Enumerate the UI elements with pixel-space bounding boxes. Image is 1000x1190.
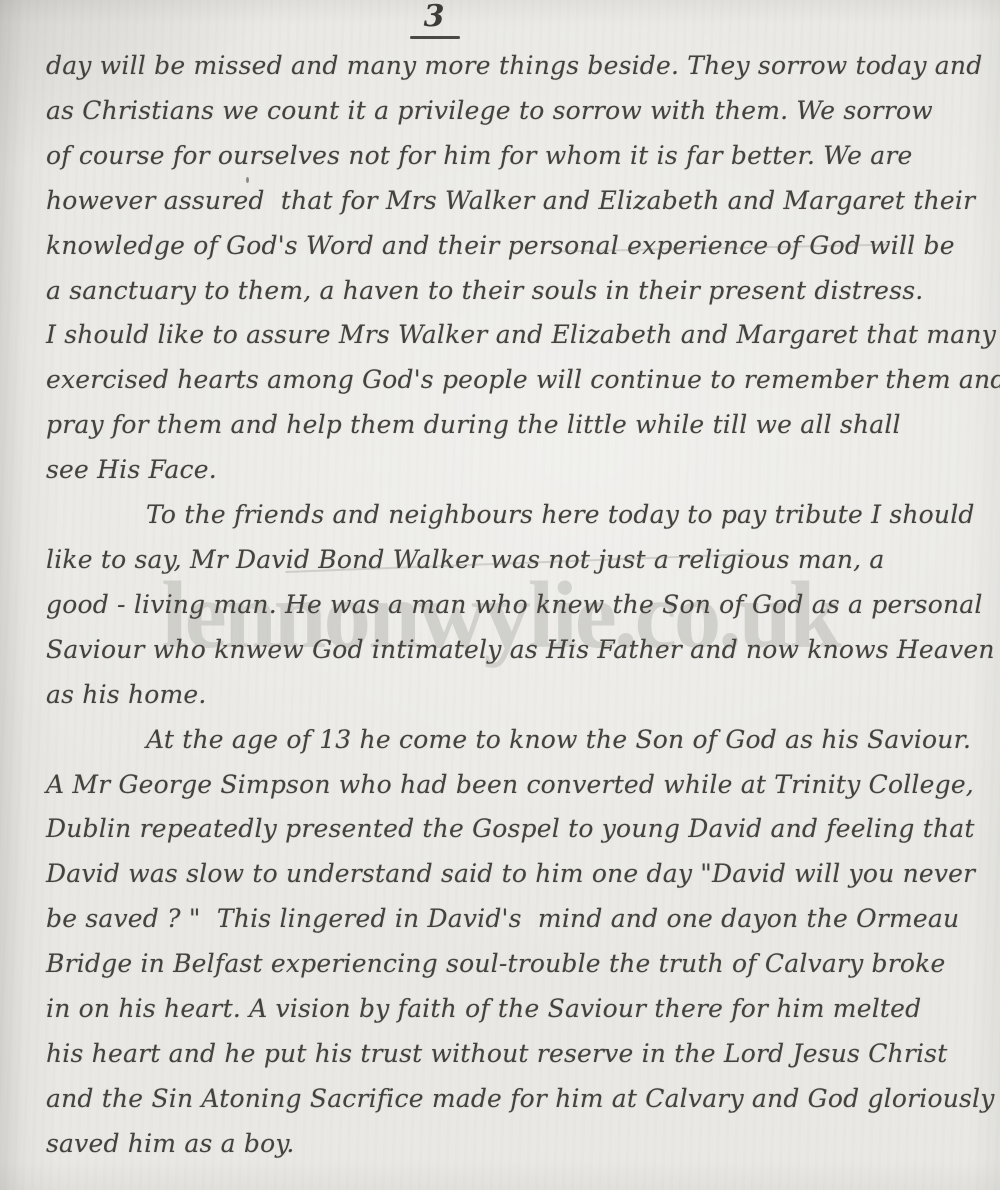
ink-speck: [246, 177, 249, 183]
text-line: as Christians we count it a privilege to…: [46, 89, 970, 134]
text-line: and the Sin Atoning Sacrifice made for h…: [46, 1077, 970, 1122]
page-number-underline: [410, 36, 460, 39]
text-line: Dublin repeatedly presented the Gospel t…: [46, 807, 970, 852]
text-line: good - living man. He was a man who knew…: [46, 583, 970, 628]
text-line: of course for ourselves not for him for …: [46, 134, 970, 179]
text-line: saved him as a boy.: [46, 1122, 970, 1167]
text-line: A Mr George Simpson who had been convert…: [46, 763, 970, 808]
text-line: as his home.: [46, 673, 970, 718]
text-line: however assured that for Mrs Walker and …: [46, 179, 970, 224]
text-line: be saved ? " This lingered in David's mi…: [46, 897, 970, 942]
text-line: his heart and he put his trust without r…: [46, 1032, 970, 1077]
text-line-paragraph-start: To the friends and neighbours here today…: [46, 493, 970, 538]
text-line: in on his heart. A vision by faith of th…: [46, 987, 970, 1032]
text-line: Bridge in Belfast experiencing soul-trou…: [46, 942, 970, 987]
text-line: Saviour who knwew God intimately as His …: [46, 628, 970, 673]
document-body: day will be missed and many more things …: [46, 44, 970, 1167]
text-line: pray for them and help them during the l…: [46, 403, 970, 448]
text-line: David was slow to understand said to him…: [46, 852, 970, 897]
text-line: exercised hearts among God's people will…: [46, 358, 970, 403]
text-line-paragraph-start: At the age of 13 he come to know the Son…: [46, 718, 970, 763]
text-line: a sanctuary to them, a haven to their so…: [46, 269, 970, 314]
text-line: see His Face.: [46, 448, 970, 493]
text-line: I should like to assure Mrs Walker and E…: [46, 313, 970, 358]
page-number: 3: [404, 0, 464, 34]
text-line: day will be missed and many more things …: [46, 44, 970, 89]
document-page: 3 lennonwylie.co.uk day will be missed a…: [0, 0, 1000, 1190]
text-line: like to say, Mr David Bond Walker was no…: [46, 538, 970, 583]
